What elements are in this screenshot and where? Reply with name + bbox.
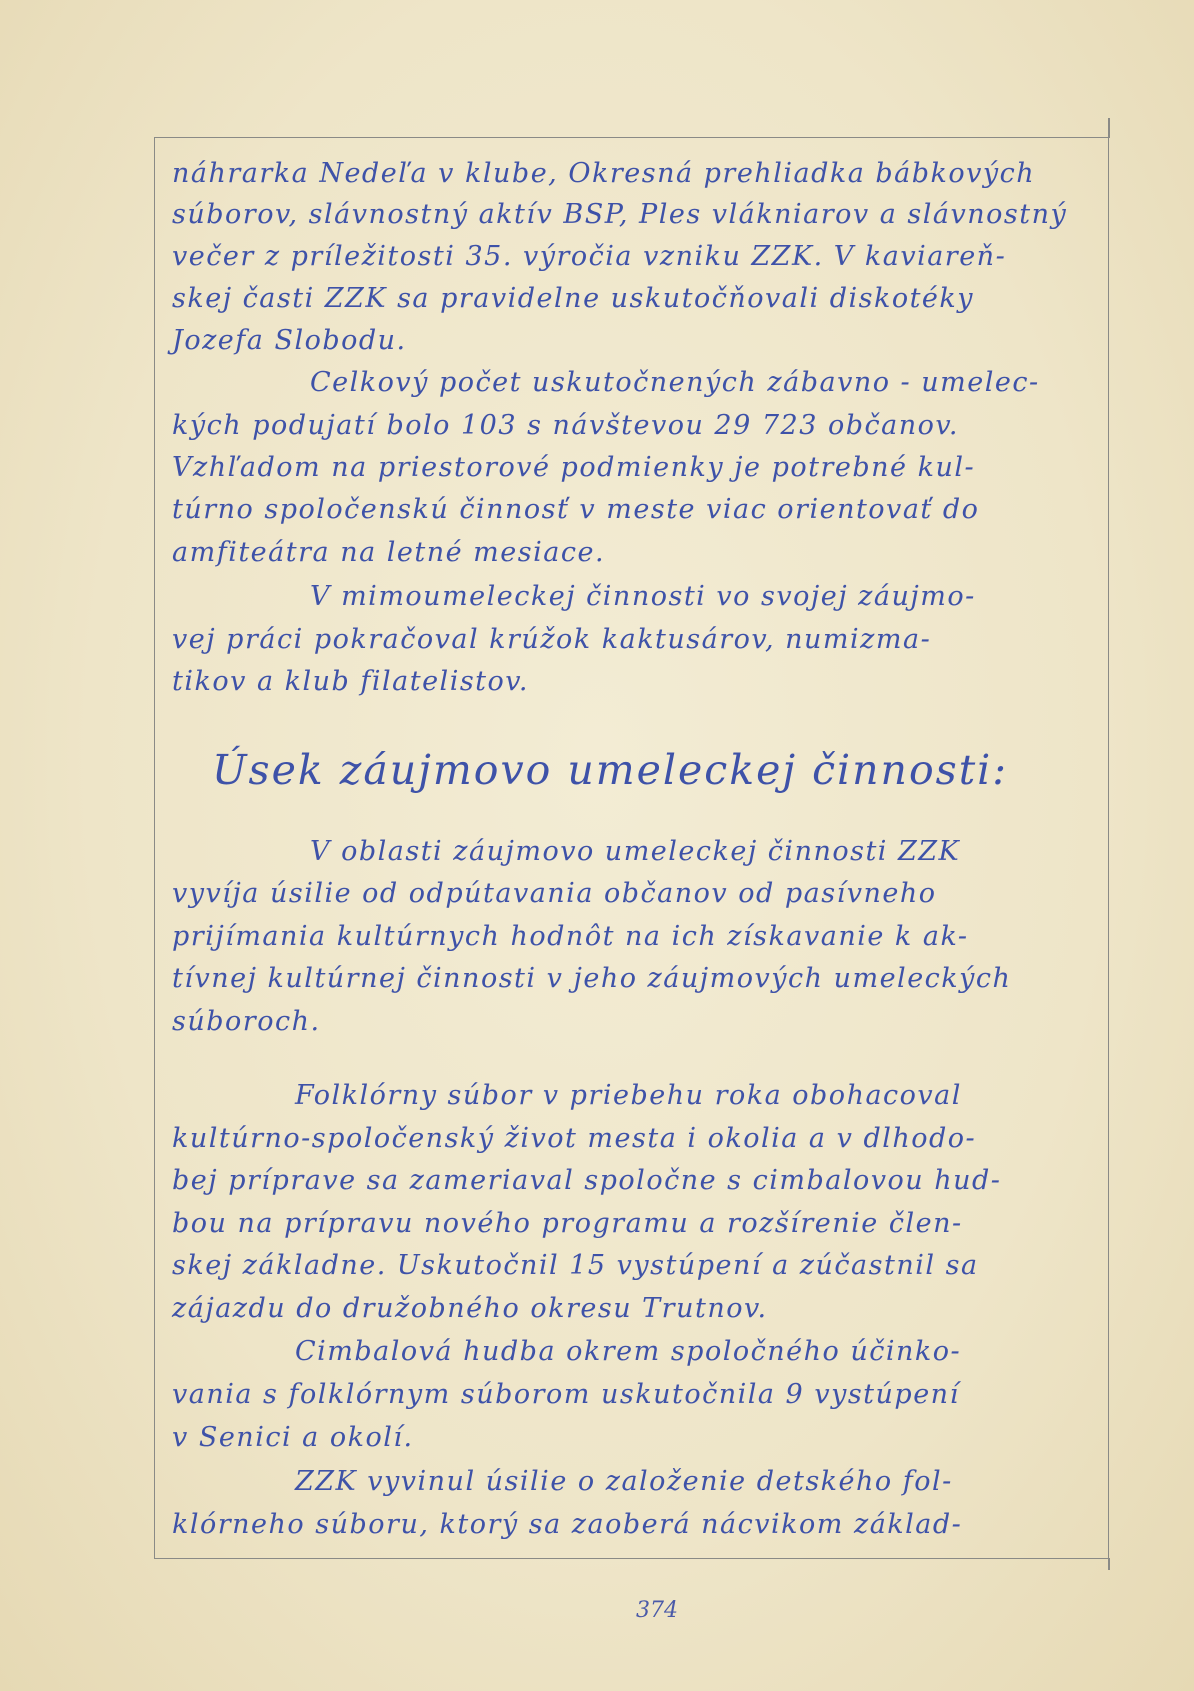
text-line: klórneho súboru, ktorý sa zaoberá nácvik…	[172, 1511, 962, 1538]
text-line: vej práci pokračoval krúžok kaktusárov, …	[172, 626, 931, 653]
text-line: skej časti ZZK sa pravidelne uskutočňova…	[172, 285, 974, 312]
text-line: prijímania kultúrnych hodnôt na ich získ…	[172, 923, 968, 950]
text-line: V mimoumeleckej činnosti vo svojej záujm…	[310, 583, 976, 610]
text-line: Celkový počet uskutočnených zábavno - um…	[310, 369, 1040, 396]
text-line: kultúrno-spoločenský život mesta i okoli…	[172, 1125, 976, 1152]
text-line: súboroch.	[172, 1008, 321, 1035]
text-line: Folklórny súbor v priebehu roka obohacov…	[295, 1082, 962, 1109]
text-line: v Senici a okolí.	[172, 1424, 414, 1451]
text-line: zájazdu do družobného okresu Trutnov.	[172, 1295, 768, 1322]
text-line: tívnej kultúrnej činnosti v jeho záujmov…	[172, 965, 1011, 992]
text-line: Jozefa Slobodu.	[172, 327, 407, 354]
page-number: 374	[636, 1598, 678, 1623]
text-line: túrno spoločenskú činnosť v meste viac o…	[172, 496, 979, 523]
text-line: náhrarka Nedeľa v klube, Okresná prehlia…	[172, 160, 1035, 187]
scanned-page: náhrarka Nedeľa v klube, Okresná prehlia…	[0, 0, 1194, 1691]
border-extension-bottom-right	[1108, 1558, 1110, 1570]
text-line: V oblasti záujmovo umeleckej činnosti ZZ…	[310, 838, 960, 865]
text-line: bej príprave sa zameriaval spoločne s ci…	[172, 1167, 1001, 1194]
text-line: bou na prípravu nového programu a rozšír…	[172, 1210, 963, 1237]
text-line: ZZK vyvinul úsilie o založenie detského …	[295, 1468, 953, 1495]
text-line: Vzhľadom na priestorové podmienky je pot…	[172, 454, 975, 481]
text-line: vyvíja úsilie od odpútavania občanov od …	[172, 880, 937, 907]
text-line: kých podujatí bolo 103 s návštevou 29 72…	[172, 412, 959, 439]
border-extension-top-right	[1108, 118, 1110, 138]
text-line: amfiteátra na letné mesiace.	[172, 539, 605, 566]
text-line: večer z príležitosti 35. výročia vzniku …	[172, 243, 1006, 270]
text-line: skej základne. Uskutočnil 15 vystúpení a…	[172, 1252, 979, 1279]
section-heading: Úsek záujmovo umeleckej činnosti:	[212, 750, 1008, 791]
text-line: Cimbalová hudba okrem spoločného účinko-	[295, 1338, 961, 1365]
text-line: tikov a klub filatelistov.	[172, 668, 529, 695]
text-line: vania s folklórnym súborom uskutočnila 9…	[172, 1381, 960, 1408]
text-line: súborov, slávnostný aktív BSP, Ples vlák…	[172, 201, 1067, 228]
